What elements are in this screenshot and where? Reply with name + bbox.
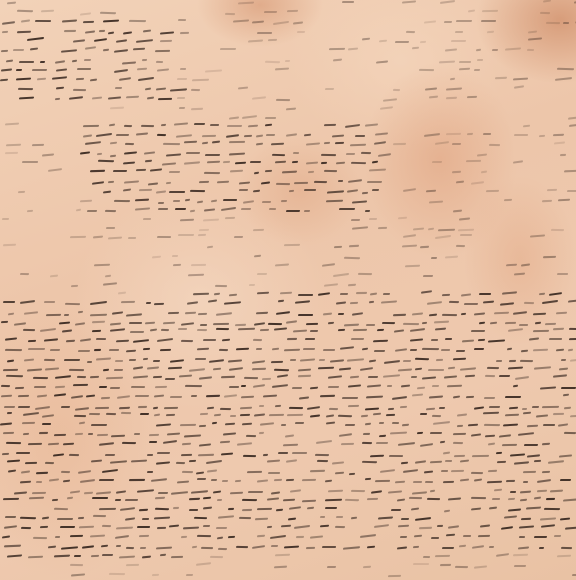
ink-stroke	[152, 255, 162, 258]
ink-stroke	[275, 405, 281, 407]
ink-stroke	[501, 526, 513, 530]
ink-stroke	[373, 339, 388, 342]
ink-stroke	[122, 441, 136, 443]
ink-stroke	[113, 170, 127, 172]
ink-stroke	[214, 414, 221, 417]
ink-stroke	[14, 322, 26, 325]
ink-stroke	[514, 273, 525, 276]
ink-stroke	[429, 96, 438, 99]
ink-stroke	[18, 87, 33, 89]
ink-stroke	[485, 434, 495, 437]
ink-stroke	[326, 566, 335, 568]
ink-stroke	[542, 443, 550, 445]
ink-stroke	[302, 499, 316, 502]
ink-stroke	[28, 348, 45, 350]
ink-stroke	[224, 394, 237, 397]
ink-stroke	[55, 375, 71, 379]
ink-stroke	[101, 545, 108, 548]
ink-stroke	[274, 368, 289, 371]
ink-stroke	[521, 264, 530, 267]
ink-stroke	[111, 311, 122, 314]
ink-stroke	[289, 190, 295, 192]
ink-stroke	[336, 161, 346, 164]
ink-stroke	[18, 406, 30, 408]
ink-stroke	[229, 153, 245, 156]
ink-stroke	[514, 85, 524, 88]
ink-stroke	[376, 60, 388, 63]
ink-stroke	[42, 414, 54, 418]
ink-stroke	[290, 359, 296, 361]
ink-stroke	[543, 256, 556, 258]
ink-stroke	[432, 161, 442, 163]
ink-stroke	[235, 323, 246, 325]
ink-stroke	[353, 329, 367, 331]
ink-stroke	[220, 408, 231, 410]
ink-stroke	[569, 123, 576, 127]
ink-stroke	[90, 375, 99, 377]
ink-stroke	[61, 49, 77, 52]
ink-stroke	[355, 135, 365, 137]
ink-stroke	[221, 376, 235, 378]
ink-stroke	[103, 369, 109, 372]
ink-stroke	[369, 218, 377, 220]
ink-stroke	[124, 124, 132, 126]
ink-stroke	[197, 535, 211, 537]
ink-stroke	[99, 508, 116, 510]
ink-stroke	[485, 375, 495, 377]
ink-stroke	[159, 31, 173, 34]
ink-stroke	[428, 369, 444, 371]
ink-stroke	[169, 524, 179, 527]
ink-stroke	[222, 338, 230, 341]
ink-stroke	[253, 384, 265, 388]
ink-stroke	[148, 182, 158, 185]
ink-stroke	[1, 395, 12, 398]
ink-stroke	[393, 313, 406, 315]
ink-stroke	[286, 479, 294, 481]
ink-stroke	[567, 300, 576, 303]
ink-stroke	[422, 377, 436, 380]
ink-stroke	[555, 77, 572, 81]
ink-stroke	[372, 160, 379, 163]
ink-stroke	[558, 423, 568, 426]
ink-stroke	[369, 301, 375, 304]
ink-stroke	[78, 516, 84, 518]
ink-stroke	[474, 478, 483, 481]
ink-stroke	[87, 210, 97, 212]
ink-stroke	[456, 350, 465, 352]
ink-stroke	[528, 30, 537, 33]
ink-stroke	[126, 349, 136, 352]
ink-stroke	[146, 301, 151, 303]
ink-stroke	[265, 124, 272, 127]
ink-stroke	[278, 300, 284, 303]
ink-stroke	[227, 535, 234, 537]
ink-stroke	[372, 189, 379, 191]
ink-stroke	[98, 443, 113, 447]
ink-stroke	[456, 244, 465, 246]
ink-stroke	[527, 454, 540, 457]
ink-stroke	[339, 433, 352, 437]
ink-stroke	[42, 154, 54, 157]
ink-stroke	[351, 219, 360, 221]
ink-stroke	[90, 314, 107, 317]
ink-stroke	[569, 338, 576, 340]
ink-stroke	[252, 545, 265, 549]
ink-stroke	[85, 47, 96, 50]
ink-stroke	[20, 517, 36, 519]
ink-stroke	[534, 536, 548, 538]
ink-stroke	[471, 472, 483, 474]
ink-stroke	[375, 480, 390, 482]
ink-stroke	[446, 88, 462, 91]
ink-stroke	[370, 293, 377, 296]
ink-stroke	[242, 509, 252, 511]
ink-stroke	[32, 492, 46, 494]
ink-stroke	[542, 200, 552, 202]
ink-stroke	[452, 442, 462, 444]
ink-stroke	[203, 507, 212, 510]
ink-stroke	[560, 479, 571, 481]
ink-stroke	[128, 322, 141, 324]
ink-stroke	[333, 272, 349, 276]
ink-stroke	[2, 244, 15, 246]
ink-stroke	[306, 143, 320, 146]
ink-stroke	[288, 518, 296, 521]
ink-stroke	[106, 227, 115, 229]
ink-stroke	[415, 460, 426, 463]
ink-stroke	[533, 348, 548, 351]
ink-stroke	[248, 39, 263, 42]
ink-stroke	[328, 375, 342, 379]
ink-stroke	[352, 312, 363, 315]
ink-stroke	[126, 314, 142, 317]
ink-stroke	[471, 330, 485, 332]
ink-stroke	[398, 525, 409, 528]
ink-stroke	[335, 526, 345, 528]
ink-stroke	[158, 98, 172, 100]
ink-stroke	[446, 534, 455, 537]
ink-stroke	[1, 385, 10, 387]
ink-stroke	[90, 301, 107, 305]
ink-stroke	[80, 339, 91, 343]
ink-stroke	[47, 442, 58, 445]
ink-stroke	[178, 234, 194, 236]
ink-stroke	[286, 320, 297, 323]
ink-stroke	[85, 141, 102, 145]
ink-stroke	[103, 20, 119, 23]
ink-stroke	[431, 339, 438, 341]
ink-stroke	[238, 1, 254, 4]
ink-stroke	[318, 292, 330, 296]
ink-stroke	[306, 323, 318, 325]
ink-stroke	[261, 181, 270, 184]
ink-stroke	[514, 134, 528, 136]
ink-stroke	[513, 77, 528, 80]
ink-stroke	[21, 20, 30, 23]
ink-stroke	[175, 134, 191, 137]
ink-stroke	[409, 497, 422, 499]
ink-stroke	[541, 524, 555, 527]
ink-stroke	[133, 339, 149, 343]
ink-stroke	[160, 329, 168, 331]
ink-stroke	[49, 479, 59, 482]
ink-stroke	[324, 170, 337, 172]
ink-stroke	[59, 322, 70, 325]
ink-stroke	[69, 369, 84, 371]
ink-stroke	[126, 563, 139, 565]
ink-stroke	[387, 385, 392, 387]
ink-stroke	[53, 453, 64, 456]
ink-stroke	[384, 360, 400, 364]
ink-stroke	[472, 454, 489, 456]
ink-stroke	[121, 300, 135, 302]
ink-stroke	[348, 284, 356, 287]
ink-stroke	[2, 31, 8, 33]
ink-stroke	[347, 358, 364, 361]
ink-stroke	[554, 142, 565, 145]
ink-stroke	[492, 498, 500, 500]
ink-stroke	[289, 406, 303, 408]
ink-stroke	[204, 209, 215, 212]
ink-stroke	[157, 68, 169, 71]
ink-stroke	[298, 314, 313, 316]
ink-stroke	[147, 471, 153, 473]
ink-stroke	[88, 433, 93, 435]
ink-stroke	[52, 76, 67, 79]
ink-stroke	[519, 536, 525, 538]
ink-stroke	[95, 407, 109, 409]
ink-stroke	[426, 190, 436, 193]
ink-stroke	[441, 470, 448, 472]
ink-stroke	[403, 323, 419, 325]
ink-stroke	[163, 322, 175, 325]
ink-stroke	[424, 133, 440, 137]
ink-stroke	[206, 394, 220, 396]
ink-stroke	[126, 547, 134, 549]
ink-stroke	[468, 424, 478, 427]
ink-stroke	[406, 31, 415, 33]
ink-stroke	[145, 321, 155, 324]
ink-stroke	[549, 338, 562, 340]
ink-stroke	[240, 406, 252, 409]
ink-stroke	[253, 255, 260, 258]
ink-stroke	[195, 358, 206, 360]
ink-stroke	[342, 397, 358, 399]
ink-stroke	[271, 143, 284, 146]
ink-stroke	[537, 489, 547, 492]
ink-stroke	[153, 360, 160, 362]
ink-stroke	[445, 338, 452, 340]
ink-stroke	[219, 348, 228, 350]
ink-stroke	[318, 367, 334, 370]
ink-stroke	[66, 340, 75, 342]
ink-stroke	[92, 321, 105, 323]
ink-stroke	[227, 125, 242, 127]
ink-stroke	[156, 236, 170, 238]
ink-stroke	[7, 459, 20, 462]
ink-stroke	[202, 219, 218, 222]
ink-stroke	[3, 300, 15, 302]
ink-stroke	[77, 350, 89, 352]
ink-stroke	[392, 422, 399, 424]
ink-stroke	[282, 171, 297, 174]
ink-stroke	[80, 199, 92, 202]
ink-stroke	[465, 374, 476, 377]
ink-stroke	[226, 134, 239, 138]
ink-stroke	[267, 460, 281, 463]
ink-stroke	[323, 312, 332, 315]
ink-stroke	[435, 327, 447, 330]
ink-stroke	[23, 433, 29, 435]
ink-stroke	[371, 491, 382, 494]
ink-stroke	[346, 153, 355, 155]
ink-stroke	[298, 293, 313, 295]
ink-stroke	[503, 424, 518, 427]
ink-stroke	[442, 313, 457, 315]
ink-stroke	[248, 125, 258, 128]
ink-stroke	[242, 115, 258, 119]
ink-stroke	[144, 152, 155, 155]
ink-stroke	[180, 219, 194, 222]
ink-stroke	[221, 453, 233, 456]
ink-stroke	[129, 20, 146, 22]
ink-stroke	[539, 134, 545, 136]
ink-stroke	[528, 38, 542, 41]
ink-stroke	[90, 170, 105, 172]
ink-stroke	[389, 432, 406, 435]
ink-stroke	[474, 313, 485, 316]
ink-stroke	[295, 300, 311, 303]
ink-stroke	[73, 384, 88, 386]
ink-stroke	[2, 536, 10, 539]
ink-stroke	[203, 525, 210, 527]
ink-stroke	[505, 396, 521, 398]
ink-stroke	[191, 264, 206, 266]
ink-stroke	[105, 275, 111, 278]
ink-stroke	[561, 546, 572, 548]
ink-stroke	[237, 443, 252, 446]
ink-stroke	[223, 433, 236, 436]
ink-stroke	[271, 384, 287, 388]
ink-stroke	[181, 454, 192, 456]
ink-stroke	[198, 234, 206, 236]
ink-stroke	[366, 396, 383, 399]
ink-stroke	[535, 414, 547, 417]
ink-stroke	[520, 360, 533, 362]
ink-stroke	[369, 169, 386, 172]
ink-stroke	[94, 349, 101, 351]
ink-stroke	[393, 143, 406, 145]
ink-stroke	[32, 144, 44, 146]
ink-stroke	[199, 376, 213, 379]
ink-stroke	[442, 294, 450, 296]
ink-stroke	[443, 21, 451, 23]
ink-stroke	[8, 313, 14, 316]
ink-stroke	[141, 125, 154, 127]
ink-stroke	[252, 96, 266, 99]
ink-stroke	[177, 78, 187, 80]
ink-stroke	[57, 518, 73, 520]
ink-stroke	[436, 359, 443, 361]
ink-stroke	[187, 301, 198, 304]
ink-stroke	[486, 190, 499, 192]
ink-stroke	[185, 384, 202, 386]
ink-stroke	[325, 199, 342, 202]
ink-stroke	[252, 360, 265, 364]
ink-stroke	[275, 161, 286, 164]
ink-stroke	[437, 525, 443, 527]
ink-stroke	[102, 554, 113, 556]
ink-stroke	[394, 348, 406, 351]
ink-stroke	[460, 234, 472, 236]
ink-stroke	[305, 338, 315, 340]
ink-stroke	[492, 49, 498, 51]
ink-stroke	[324, 142, 330, 144]
ink-stroke	[452, 396, 459, 399]
ink-stroke	[300, 359, 315, 362]
ink-stroke	[236, 347, 249, 350]
ink-stroke	[3, 369, 18, 371]
ink-stroke	[154, 303, 164, 305]
ink-stroke	[286, 209, 300, 211]
ink-stroke	[489, 321, 496, 324]
ink-stroke	[519, 323, 528, 325]
ink-stroke	[2, 453, 9, 455]
ink-stroke	[24, 359, 34, 362]
ink-stroke	[252, 229, 263, 231]
ink-stroke	[569, 328, 576, 330]
calligraphy-paper-artwork	[0, 0, 576, 580]
ink-stroke	[160, 349, 171, 351]
ink-stroke	[229, 385, 239, 387]
ink-stroke	[276, 99, 290, 101]
ink-stroke	[185, 198, 191, 201]
ink-stroke	[440, 564, 451, 566]
ink-stroke	[138, 77, 154, 81]
ink-stroke	[307, 507, 315, 510]
ink-stroke	[285, 60, 290, 62]
ink-stroke	[20, 300, 35, 304]
ink-stroke	[505, 47, 521, 50]
ink-stroke	[218, 515, 234, 518]
ink-stroke	[298, 375, 311, 377]
ink-stroke	[133, 48, 145, 51]
ink-stroke	[184, 141, 197, 144]
ink-stroke	[505, 321, 516, 323]
ink-stroke	[523, 125, 530, 128]
ink-stroke	[266, 134, 275, 136]
ink-stroke	[564, 170, 576, 173]
ink-stroke	[156, 87, 166, 90]
ink-stroke	[189, 460, 196, 462]
ink-stroke	[241, 395, 254, 398]
ink-stroke	[336, 301, 346, 304]
ink-stroke	[429, 201, 443, 204]
ink-stroke	[18, 61, 33, 63]
ink-stroke	[252, 367, 266, 369]
ink-stroke	[521, 517, 531, 519]
ink-stroke	[397, 547, 407, 550]
ink-stroke	[553, 328, 564, 330]
ink-stroke	[314, 181, 327, 183]
ink-stroke	[423, 556, 430, 558]
ink-stroke	[372, 413, 380, 416]
ink-stroke	[281, 525, 291, 528]
ink-stroke	[229, 117, 240, 120]
ink-stroke	[54, 536, 59, 538]
ink-stroke	[505, 414, 519, 417]
